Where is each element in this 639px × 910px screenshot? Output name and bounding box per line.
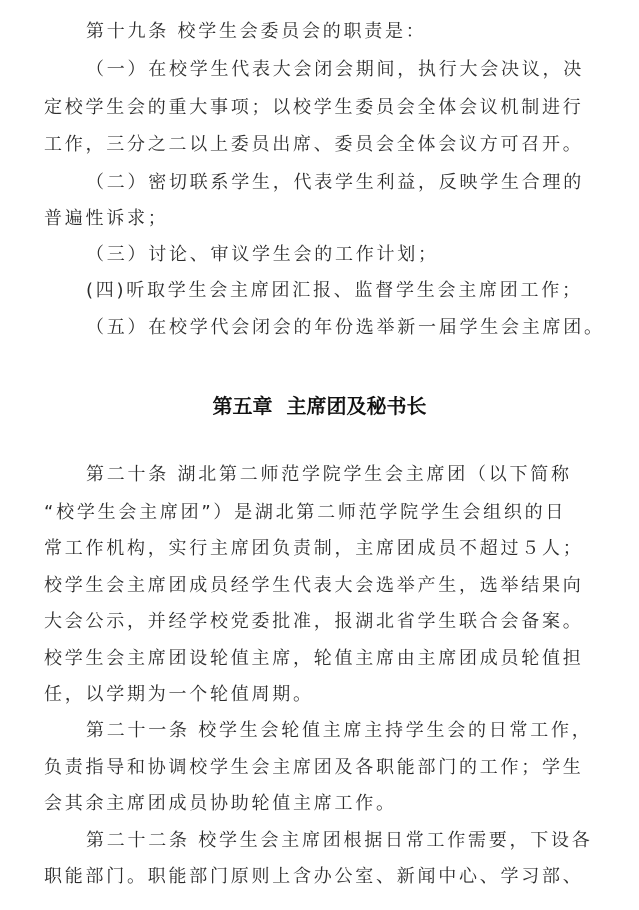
article-20-line-3: 常工作机构，实行主席团负责制，主席团成员不超过５人； bbox=[44, 538, 584, 560]
article-21-line-3: 会其余主席团成员协助轮值主席工作。 bbox=[44, 793, 397, 815]
article-19-item-5: （五）在校学代会闭会的年份选举新一届学生会主席团。 bbox=[86, 317, 605, 339]
article-19-item-4: (四)听取学生会主席团汇报、监督学生会主席团工作； bbox=[86, 280, 583, 302]
article-20-line-4: 校学生会主席团成员经学生代表大会选举产生，选举结果向 bbox=[44, 575, 584, 597]
article-21-line-1: 第二十一条 校学生会轮值主席主持学生会的日常工作， bbox=[86, 720, 592, 742]
article-19-title: 第十九条 校学生会委员会的职责是： bbox=[86, 21, 426, 43]
document-page: 第十九条 校学生会委员会的职责是： （一）在校学生代表大会闭会期间，执行大会决议… bbox=[0, 0, 639, 910]
article-19-item-2-line-2: 普遍性诉求； bbox=[44, 208, 169, 230]
article-19-item-2-line-1: （二）密切联系学生，代表学生利益，反映学生合理的 bbox=[86, 172, 584, 194]
article-20-line-5: 大会公示，并经学校党委批准，报湖北省学生联合会备案。 bbox=[44, 611, 584, 633]
article-19-item-1-line-2: 定校学生会的重大事项；以校学生委员会全体会议机制进行 bbox=[44, 97, 584, 119]
article-22-line-2: 职能部门。职能部门原则上含办公室、新闻中心、学习部、 bbox=[44, 866, 584, 888]
article-21-line-2: 负责指导和协调校学生会主席团及各职能部门的工作；学生 bbox=[44, 757, 584, 779]
article-22-line-1: 第二十二条 校学生会主席团根据日常工作需要，下设各 bbox=[86, 830, 592, 852]
article-20-line-2: “校学生会主席团”）是湖北第二师范学院学生会组织的日 bbox=[44, 502, 566, 524]
article-19-item-1-line-3: 工作，三分之二以上委员出席、委员会全体会议方可召开。 bbox=[44, 134, 584, 156]
chapter-heading: 第五章 主席团及秘书长 bbox=[0, 393, 639, 419]
article-20-line-7: 任，以学期为一个轮值周期。 bbox=[44, 684, 314, 706]
article-20-line-6: 校学生会主席团设轮值主席，轮值主席由主席团成员轮值担 bbox=[44, 648, 584, 670]
article-19-item-1-line-1: （一）在校学生代表大会闭会期间，执行大会决议，决 bbox=[86, 59, 584, 81]
article-20-line-1: 第二十条 湖北第二师范学院学生会主席团（以下简称 bbox=[86, 464, 572, 486]
article-19-item-3: （三）讨论、审议学生会的工作计划； bbox=[86, 244, 439, 266]
